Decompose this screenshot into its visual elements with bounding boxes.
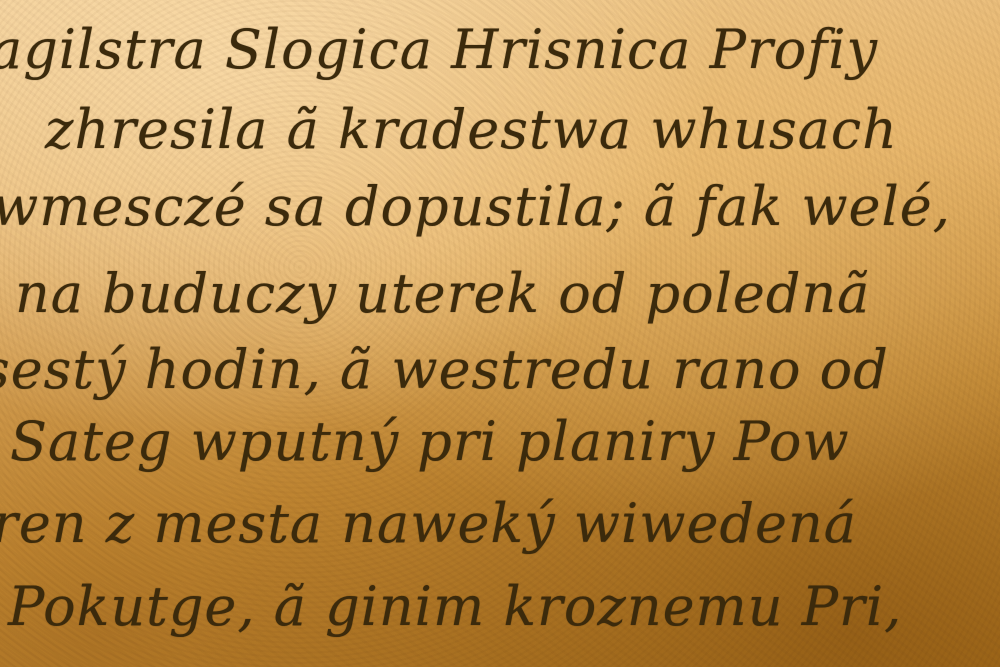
text-line-2: zhresila ã kradestwa whusach (45, 98, 898, 161)
text-line-8: Pokutge, ã ginim kroznemu Pri, (8, 575, 902, 638)
text-line-7: ren z mesta naweký wiwedená (0, 492, 857, 555)
text-line-6: Sateg wputný pri planiry Pow (10, 410, 850, 473)
calligraphy-text-block: agilstra Slogica Hrisnica Profiy zhresil… (0, 0, 1000, 667)
text-line-4: na buduczy uterek od polednã (15, 262, 870, 325)
text-line-5: sestý hodin, ã westredu rano od (0, 338, 889, 401)
text-line-1: agilstra Slogica Hrisnica Profiy (0, 18, 878, 81)
text-line-3: wmesczé sa dopustila; ã fak welé, (0, 175, 951, 238)
